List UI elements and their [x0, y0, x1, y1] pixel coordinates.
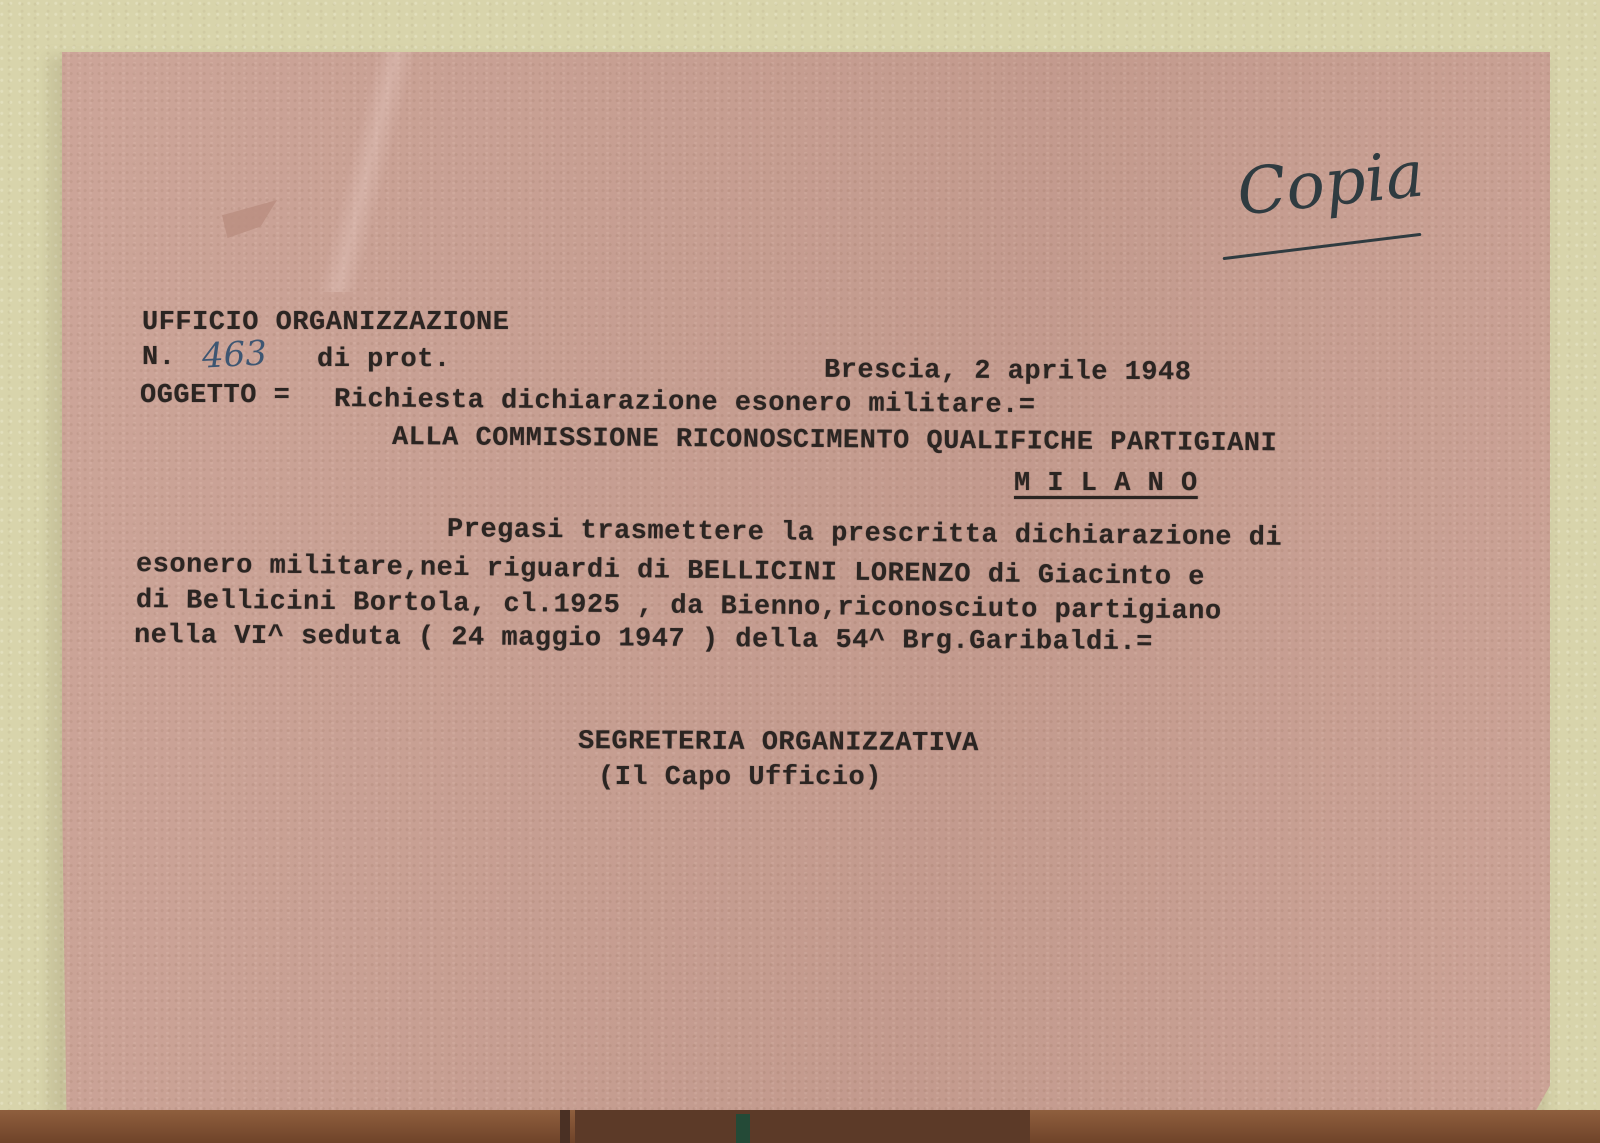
copia-underline	[1223, 233, 1422, 260]
signature-office: SEGRETERIA ORGANIZZATIVA	[578, 726, 979, 760]
office-heading: UFFICIO ORGANIZZAZIONE	[142, 307, 509, 339]
paper-tear	[222, 200, 277, 238]
body-line-4: nella VI^ seduta ( 24 maggio 1947 ) dell…	[134, 620, 1153, 659]
ledge-gap	[560, 1110, 570, 1143]
paper-crease	[317, 52, 417, 292]
subject-text: Richiesta dichiarazione esonero militare…	[334, 384, 1036, 422]
protocol-prefix: N.	[142, 342, 175, 374]
ledge-dark-segment	[575, 1110, 1030, 1143]
subject-label: OGGETTO =	[140, 380, 290, 412]
protocol-suffix: di prot.	[317, 344, 451, 376]
body-line-1: Pregasi trasmettere la prescritta dichia…	[447, 514, 1282, 555]
handwritten-protocol-number: 463	[201, 333, 268, 376]
recipient-city: M I L A N O	[1014, 468, 1198, 500]
handwritten-copia-annotation: Copia	[1234, 137, 1428, 230]
signature-title: (Il Capo Ufficio)	[598, 762, 882, 794]
place-date: Brescia, 2 aprile 1948	[824, 355, 1192, 390]
recipient-line: ALLA COMMISSIONE RICONOSCIMENTO QUALIFIC…	[392, 422, 1277, 460]
ledge-green-strip	[736, 1114, 750, 1143]
document-sheet: Copia UFFICIO ORGANIZZAZIONE N. 463 di p…	[62, 52, 1550, 1112]
